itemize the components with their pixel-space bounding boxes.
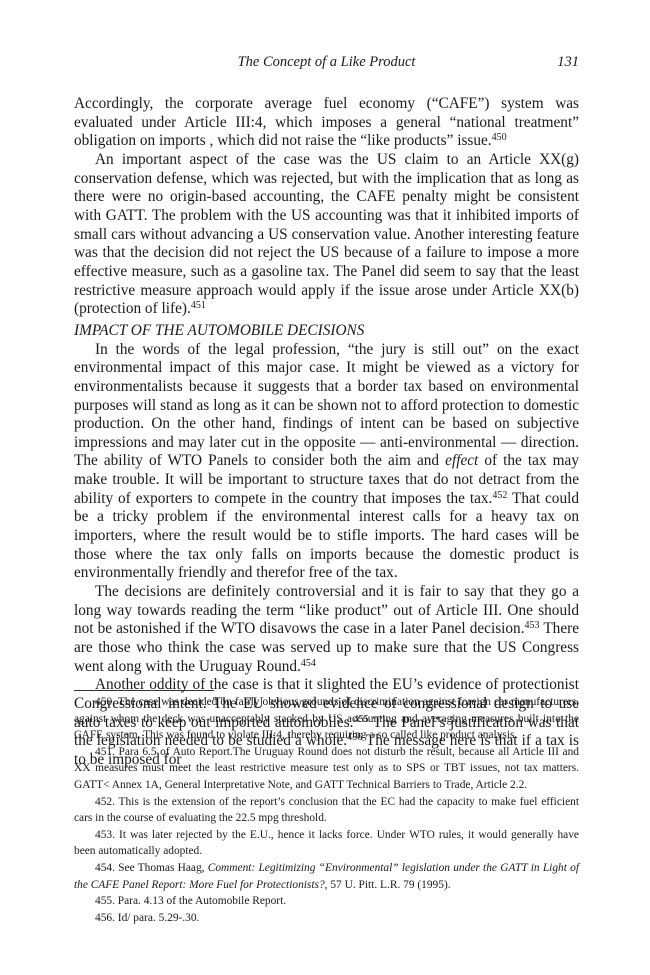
page-number: 131 xyxy=(557,54,579,71)
paragraph: In the words of the legal profession, “t… xyxy=(74,341,579,584)
section-heading: IMPACT OF THE AUTOMOBILE DECISIONS xyxy=(74,322,579,341)
body-text: Accordingly, the corporate average fuel … xyxy=(74,95,579,770)
footnote-451: 451. Para 6.5 of Auto Report.The Uruguay… xyxy=(74,744,579,794)
footnote-452: 452. This is the extension of the report… xyxy=(74,794,579,827)
footnote-453: 453. It was later rejected by the E.U., … xyxy=(74,827,579,860)
footnote-456: 456. Id/ para. 5.29-.30. xyxy=(74,910,579,927)
footnote-454: 454. See Thomas Haag, Comment: Legitimiz… xyxy=(74,860,579,893)
paragraph: The decisions are definitely controversi… xyxy=(74,583,579,676)
footnote-ref-454[interactable]: 454 xyxy=(301,658,316,669)
footnote-455: 455. Para. 4.13 of the Automobile Report… xyxy=(74,893,579,910)
paragraph: Accordingly, the corporate average fuel … xyxy=(74,95,579,151)
footnote-450: 450. The case was decided on fairly obvi… xyxy=(74,694,579,744)
footnote-ref-453[interactable]: 453 xyxy=(525,620,540,631)
footnote-divider xyxy=(74,690,214,691)
footnotes: 450. The case was decided on fairly obvi… xyxy=(74,694,579,926)
emphasis: effect xyxy=(445,452,478,469)
footnote-ref-451[interactable]: 451 xyxy=(191,300,206,311)
running-head: The Concept of a Like Product 131 xyxy=(74,54,579,74)
footnote-ref-452[interactable]: 452 xyxy=(492,490,507,501)
footnote-ref-450[interactable]: 450 xyxy=(492,132,507,143)
paragraph: An important aspect of the case was the … xyxy=(74,151,579,319)
running-title: The Concept of a Like Product xyxy=(74,54,579,71)
